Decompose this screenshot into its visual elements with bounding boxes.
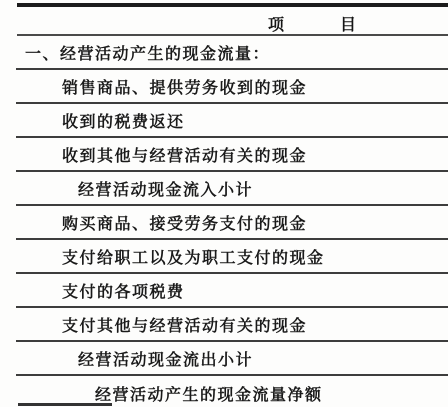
row-label: 经营活动现金流入小计: [78, 177, 253, 200]
table-row: 经营活动现金流入小计: [16, 172, 448, 206]
table-row: 支付给职工以及为职工支付的现金: [16, 240, 448, 274]
scanned-document-page: 项 目 一、经营活动产生的现金流量： 销售商品、提供劳务收到的现金 收到的税费返…: [0, 0, 448, 407]
row-label: 支付给职工以及为职工支付的现金: [62, 245, 325, 268]
row-label: 经营活动产生的现金流量净额: [95, 382, 323, 405]
table-row: 一、经营活动产生的现金流量：: [16, 36, 448, 70]
row-label: 收到其他与经营活动有关的现金: [62, 143, 307, 166]
table-row: 支付其他与经营活动有关的现金: [16, 308, 448, 342]
row-label: 收到的税费返还: [62, 109, 185, 132]
table-header-row: 项 目: [17, 7, 448, 36]
table-row: 购买商品、接受劳务支付的现金: [16, 206, 448, 240]
table-row: 收到其他与经营活动有关的现金: [16, 138, 448, 172]
row-label: 经营活动现金流出小计: [78, 347, 253, 370]
table-row: 销售商品、提供劳务收到的现金: [16, 70, 448, 104]
table-body: 一、经营活动产生的现金流量： 销售商品、提供劳务收到的现金 收到的税费返还 收到…: [0, 36, 448, 407]
table-header-label: 项 目: [268, 12, 358, 35]
row-label: 购买商品、接受劳务支付的现金: [62, 211, 307, 234]
table-row: 经营活动现金流出小计: [16, 342, 448, 376]
row-label: 支付的各项税费: [62, 279, 185, 302]
table-bottom-partial-rule: [18, 403, 112, 406]
row-label: 支付其他与经营活动有关的现金: [62, 313, 307, 336]
row-label: 一、经营活动产生的现金流量：: [25, 41, 270, 64]
table-row: 支付的各项税费: [16, 274, 448, 308]
row-label: 销售商品、提供劳务收到的现金: [62, 75, 307, 98]
table-row: 收到的税费返还: [16, 104, 448, 138]
